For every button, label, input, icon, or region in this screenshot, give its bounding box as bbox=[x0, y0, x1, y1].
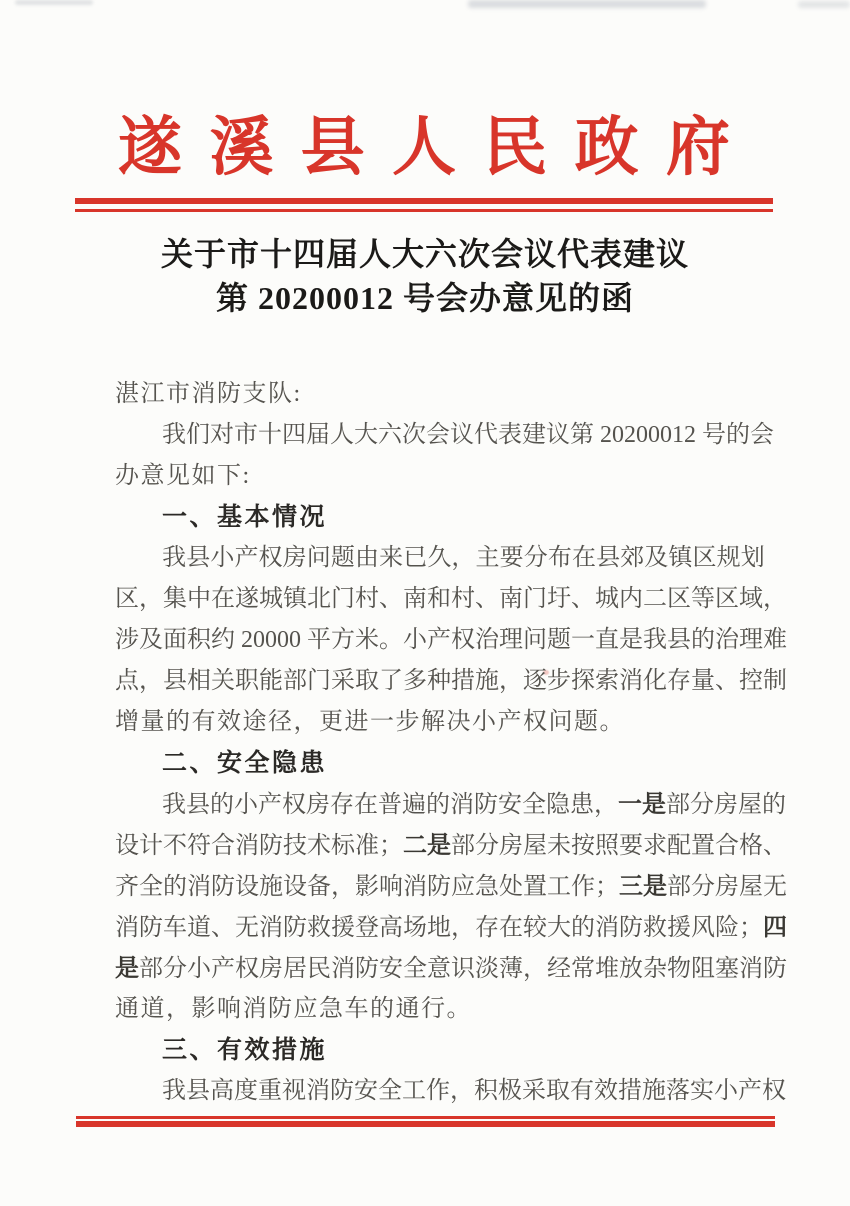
text-char: 权 bbox=[235, 949, 259, 990]
section-heading: 二、安全隐患 bbox=[115, 743, 765, 784]
text-char: 点 bbox=[115, 661, 139, 702]
text-char: 消 bbox=[403, 867, 427, 908]
document-line: 增量的有效途径，更进一步解决小产权问题。 bbox=[115, 702, 765, 743]
text-char: 县 bbox=[186, 538, 210, 579]
text-char: 措 bbox=[618, 1071, 642, 1112]
text-char: 逐 bbox=[523, 661, 547, 702]
text-char: 消 bbox=[235, 826, 259, 867]
footer-rule-thick bbox=[76, 1121, 775, 1127]
text-char: 小 bbox=[234, 785, 258, 826]
text-char: 配 bbox=[667, 826, 691, 867]
text-run: 湛江市消防支队: bbox=[115, 381, 302, 407]
text-char: 分 bbox=[475, 826, 499, 867]
text-char: 房 bbox=[259, 949, 283, 990]
text-char: 县 bbox=[667, 620, 691, 661]
text-char: 消 bbox=[331, 949, 355, 990]
text-char: 积 bbox=[474, 1071, 498, 1112]
text-char: 久 bbox=[427, 538, 451, 579]
text-run: 三、有效措施 bbox=[162, 1036, 327, 1064]
text-char: ， bbox=[139, 661, 163, 702]
text-char: ， bbox=[331, 867, 355, 908]
text-char: 题 bbox=[331, 538, 355, 579]
text-char: 工 bbox=[547, 867, 571, 908]
text-char: 求 bbox=[643, 826, 667, 867]
agency-name-char: 民 bbox=[483, 110, 547, 186]
text-char: 议 bbox=[546, 415, 570, 456]
text-char: 备 bbox=[307, 867, 331, 908]
text-char: 置 bbox=[523, 867, 547, 908]
text-char: 居 bbox=[283, 949, 307, 990]
text-char: 积 bbox=[187, 620, 211, 661]
text-char: 救 bbox=[643, 908, 667, 949]
text-char: 产 bbox=[738, 1071, 762, 1112]
text-char: 民 bbox=[307, 949, 331, 990]
text-char: 规 bbox=[717, 538, 741, 579]
text-char: 议 bbox=[450, 415, 474, 456]
text-char: ； bbox=[379, 826, 403, 867]
text-char: 安 bbox=[498, 785, 522, 826]
text-char: 区 bbox=[693, 538, 717, 579]
text-char: 房 bbox=[714, 785, 738, 826]
text-char: 已 bbox=[403, 538, 427, 579]
text-char: 部 bbox=[666, 785, 690, 826]
text-char: 面 bbox=[163, 620, 187, 661]
text-char: 20200012 bbox=[594, 415, 702, 456]
document-line: 我们对市十四届人大六次会议代表建议第 20200012 号的会 bbox=[115, 415, 765, 456]
text-char: 遍 bbox=[402, 785, 426, 826]
agency-name-char: 遂 bbox=[118, 110, 182, 186]
text-char: 我 bbox=[162, 1071, 186, 1112]
document-line: 办意见如下: bbox=[115, 456, 765, 497]
text-char: 产 bbox=[211, 949, 235, 990]
document-body: 湛江市消防支队:我们对市十四届人大六次会议代表建议第 20200012 号的会办… bbox=[115, 374, 765, 1112]
document-line: 设计不符合消防技术标准；二是部分房屋未按照要求配置合格、 bbox=[115, 825, 765, 866]
text-char: 索 bbox=[595, 661, 619, 702]
text-char: 消 bbox=[450, 785, 474, 826]
text-char: 设 bbox=[283, 867, 307, 908]
text-char: 集 bbox=[163, 579, 187, 620]
text-char: 及 bbox=[139, 620, 163, 661]
text-char: 重 bbox=[258, 1071, 282, 1112]
text-char: 。 bbox=[379, 620, 403, 661]
text-char: 中 bbox=[187, 579, 211, 620]
text-char: 步 bbox=[547, 661, 571, 702]
text-char: 四 bbox=[763, 907, 787, 948]
text-char: 部 bbox=[667, 867, 691, 908]
text-char: 代 bbox=[474, 415, 498, 456]
text-char: 理 bbox=[499, 620, 523, 661]
text-char: 房 bbox=[715, 867, 739, 908]
text-char: 经 bbox=[547, 949, 571, 990]
text-char: 我 bbox=[643, 620, 667, 661]
text-char: 取 bbox=[546, 1071, 570, 1112]
text-char: 防 bbox=[427, 867, 451, 908]
text-char: 高 bbox=[210, 1071, 234, 1112]
text-char: 部 bbox=[451, 826, 475, 867]
text-char: 内 bbox=[619, 579, 643, 620]
scan-artifact bbox=[468, 0, 706, 8]
text-run: 增量的有效途径，更进一步解决小产权问题。 bbox=[115, 709, 625, 735]
text-char: 我 bbox=[162, 785, 186, 826]
text-char: 是 bbox=[115, 948, 139, 989]
text-char: 探 bbox=[571, 661, 595, 702]
text-char: 要 bbox=[500, 538, 524, 579]
text-char: 米 bbox=[355, 620, 379, 661]
text-char: 权 bbox=[762, 1071, 786, 1112]
text-char: 我 bbox=[162, 415, 186, 456]
text-char: 会 bbox=[750, 415, 774, 456]
text-char: 极 bbox=[498, 1071, 522, 1112]
text-char: ， bbox=[451, 908, 475, 949]
text-char: 由 bbox=[355, 538, 379, 579]
text-char: 采 bbox=[522, 1071, 546, 1112]
text-char: 安 bbox=[379, 949, 403, 990]
text-char: 城 bbox=[259, 579, 283, 620]
text-char: 能 bbox=[259, 661, 283, 702]
text-char: 门 bbox=[331, 579, 355, 620]
text-char: 分 bbox=[691, 867, 715, 908]
text-char: 屋 bbox=[523, 826, 547, 867]
text-char: 防 bbox=[139, 908, 163, 949]
text-char: 问 bbox=[307, 538, 331, 579]
text-char: 治 bbox=[475, 620, 499, 661]
text-char: 县 bbox=[596, 538, 620, 579]
text-char: 市 bbox=[234, 415, 258, 456]
text-char: 的 bbox=[726, 415, 750, 456]
text-char: 涉 bbox=[115, 620, 139, 661]
text-char: 存 bbox=[330, 785, 354, 826]
text-char: 郊 bbox=[620, 538, 644, 579]
text-char: 相 bbox=[187, 661, 211, 702]
text-char: 二 bbox=[403, 825, 427, 866]
text-char: 、 bbox=[715, 661, 739, 702]
agency-name: 遂溪县人民政府 bbox=[118, 110, 730, 186]
text-char: 在 bbox=[211, 579, 235, 620]
text-char: 镇 bbox=[283, 579, 307, 620]
text-char: 险 bbox=[715, 908, 739, 949]
text-char: 小 bbox=[210, 538, 234, 579]
text-char: 产 bbox=[234, 538, 258, 579]
text-char: 有 bbox=[570, 1071, 594, 1112]
agency-name-char: 溪 bbox=[209, 110, 273, 186]
text-char: 一 bbox=[618, 784, 642, 825]
text-char: 的 bbox=[426, 785, 450, 826]
text-char: 四 bbox=[282, 415, 306, 456]
document-line: 是部分小产权房居民消防安全意识淡薄，经常堆放杂物阻塞消防 bbox=[115, 948, 765, 989]
text-char: 们 bbox=[186, 415, 210, 456]
text-char: 会 bbox=[426, 415, 450, 456]
text-char: 来 bbox=[379, 538, 403, 579]
text-char: 区 bbox=[115, 579, 139, 620]
text-char: 是 bbox=[619, 620, 643, 661]
text-char: 人 bbox=[330, 415, 354, 456]
text-char: 及 bbox=[644, 538, 668, 579]
text-char: 堆 bbox=[595, 949, 619, 990]
text-char: 存 bbox=[475, 908, 499, 949]
text-char: 南 bbox=[499, 579, 523, 620]
agency-name-char: 人 bbox=[392, 110, 456, 186]
document-title-line1: 关于市十四届人大六次会议代表建议 bbox=[0, 232, 850, 276]
text-char: 的 bbox=[210, 785, 234, 826]
text-char: 全 bbox=[378, 1071, 402, 1112]
text-char: 第 bbox=[570, 415, 594, 456]
text-char: 平 bbox=[307, 620, 331, 661]
text-char: 十 bbox=[258, 415, 282, 456]
text-char: 工 bbox=[402, 1071, 426, 1112]
text-char: 实 bbox=[690, 1071, 714, 1112]
section-heading: 三、有效措施 bbox=[115, 1030, 765, 1071]
document-line: 点，县相关职能部门采取了多种措施，逐步探索消化存量、控制 bbox=[115, 661, 765, 702]
text-char: 的 bbox=[762, 785, 786, 826]
text-char: 二 bbox=[643, 579, 667, 620]
text-char: 方 bbox=[331, 620, 355, 661]
text-char: 阻 bbox=[691, 949, 715, 990]
text-char: 和 bbox=[427, 579, 451, 620]
text-char: 划 bbox=[741, 538, 765, 579]
text-char: 圩 bbox=[547, 579, 571, 620]
document-line: 涉及面积约 20000 平方米。小产权治理问题一直是我县的治理难 bbox=[115, 620, 765, 661]
text-char: 对 bbox=[210, 415, 234, 456]
text-char: 存 bbox=[667, 661, 691, 702]
text-char: 计 bbox=[139, 826, 163, 867]
text-char: 作 bbox=[571, 867, 595, 908]
text-char: 消 bbox=[115, 908, 139, 949]
scan-artifact bbox=[15, 0, 93, 5]
text-char: ， bbox=[450, 1071, 474, 1112]
text-char: 在 bbox=[499, 908, 523, 949]
text-char: 村 bbox=[355, 579, 379, 620]
text-char: 房 bbox=[499, 826, 523, 867]
text-char: 施 bbox=[642, 1071, 666, 1112]
text-char: 援 bbox=[331, 908, 355, 949]
text-char: 职 bbox=[235, 661, 259, 702]
text-char: 化 bbox=[643, 661, 667, 702]
text-char: 采 bbox=[331, 661, 355, 702]
text-char: 直 bbox=[595, 620, 619, 661]
text-char: 格 bbox=[739, 826, 763, 867]
document-line: 我县高度重视消防安全工作，积极采取有效措施落实小产权 bbox=[115, 1071, 765, 1112]
text-char: 不 bbox=[163, 826, 187, 867]
text-char: 无 bbox=[235, 908, 259, 949]
agency-name-char: 府 bbox=[666, 110, 730, 186]
document-line: 我县小产权房问题由来已久，主要分布在县郊及镇区规划 bbox=[115, 538, 765, 579]
text-char: 无 bbox=[763, 867, 787, 908]
text-char: 影 bbox=[355, 867, 379, 908]
text-char: 县 bbox=[186, 785, 210, 826]
text-char: 合 bbox=[715, 826, 739, 867]
document-line: 消防车道、无消防救援登高场地，存在较大的消防救援风险；四 bbox=[115, 907, 765, 948]
text-char: 种 bbox=[427, 661, 451, 702]
text-char: 、 bbox=[571, 579, 595, 620]
text-char: 县 bbox=[163, 661, 187, 702]
text-char: 响 bbox=[379, 867, 403, 908]
text-char: 区 bbox=[667, 579, 691, 620]
text-char: 、 bbox=[475, 579, 499, 620]
document-title-line2: 第 20200012 号会办意见的函 bbox=[0, 276, 850, 320]
text-char: 安 bbox=[354, 1071, 378, 1112]
text-char: 全 bbox=[522, 785, 546, 826]
text-char: 难 bbox=[763, 620, 787, 661]
text-char: 20000 bbox=[235, 620, 307, 661]
text-char: 放 bbox=[619, 949, 643, 990]
header-rule-thin bbox=[75, 209, 773, 212]
agency-name-char: 政 bbox=[575, 110, 639, 186]
text-char: 高 bbox=[379, 908, 403, 949]
text-char: 未 bbox=[547, 826, 571, 867]
text-char: 县 bbox=[186, 1071, 210, 1112]
text-char: 届 bbox=[306, 415, 330, 456]
text-char: 应 bbox=[451, 867, 475, 908]
text-char: 符 bbox=[187, 826, 211, 867]
text-char: 南 bbox=[403, 579, 427, 620]
text-char: 约 bbox=[211, 620, 235, 661]
text-char: 急 bbox=[475, 867, 499, 908]
text-char: 置 bbox=[691, 826, 715, 867]
text-char: 产 bbox=[258, 785, 282, 826]
text-char: 在 bbox=[354, 785, 378, 826]
text-char: 施 bbox=[475, 661, 499, 702]
text-run: 二、安全隐患 bbox=[162, 749, 327, 777]
text-char: 视 bbox=[282, 1071, 306, 1112]
text-char: 风 bbox=[691, 908, 715, 949]
text-char: 控 bbox=[739, 661, 763, 702]
text-char: 作 bbox=[426, 1071, 450, 1112]
text-char: ， bbox=[139, 579, 163, 620]
document-line: 通道，影响消防应急车的通行。 bbox=[115, 989, 765, 1030]
text-char: 大 bbox=[547, 908, 571, 949]
text-char: 合 bbox=[211, 826, 235, 867]
text-char: 登 bbox=[355, 908, 379, 949]
text-char: 防 bbox=[259, 826, 283, 867]
text-char: 大 bbox=[354, 415, 378, 456]
text-char: 道 bbox=[187, 908, 211, 949]
text-char: 关 bbox=[211, 661, 235, 702]
text-char: 淡 bbox=[475, 949, 499, 990]
text-char: 了 bbox=[379, 661, 403, 702]
text-char: 、 bbox=[763, 826, 787, 867]
text-char: 较 bbox=[523, 908, 547, 949]
text-char: 全 bbox=[403, 949, 427, 990]
text-char: 的 bbox=[571, 908, 595, 949]
text-char: 消 bbox=[306, 1071, 330, 1112]
text-char: 我 bbox=[162, 538, 186, 579]
text-char: 遂 bbox=[235, 579, 259, 620]
document-line: 湛江市消防支队: bbox=[115, 374, 765, 415]
text-char: ， bbox=[499, 661, 523, 702]
text-char: 门 bbox=[523, 579, 547, 620]
text-char: 分 bbox=[690, 785, 714, 826]
text-char: 制 bbox=[763, 661, 787, 702]
text-char: 全 bbox=[139, 867, 163, 908]
text-char: 识 bbox=[451, 949, 475, 990]
text-char: 施 bbox=[259, 867, 283, 908]
text-char: 杂 bbox=[643, 949, 667, 990]
text-char: 治 bbox=[715, 620, 739, 661]
text-char: 防 bbox=[763, 949, 787, 990]
text-char: 处 bbox=[499, 867, 523, 908]
text-char: 隐 bbox=[546, 785, 570, 826]
text-char: 防 bbox=[619, 908, 643, 949]
text-char: 消 bbox=[595, 908, 619, 949]
text-char: ， bbox=[594, 785, 618, 826]
text-char: 意 bbox=[427, 949, 451, 990]
text-char: 普 bbox=[378, 785, 402, 826]
text-char: 小 bbox=[714, 1071, 738, 1112]
text-char: 车 bbox=[163, 908, 187, 949]
text-char: 等 bbox=[691, 579, 715, 620]
text-char: 物 bbox=[667, 949, 691, 990]
text-char: 在 bbox=[572, 538, 596, 579]
text-char: 薄 bbox=[499, 949, 523, 990]
footer-rule-thin bbox=[76, 1116, 775, 1119]
text-run: 办意见如下: bbox=[115, 463, 251, 489]
text-char: 技 bbox=[283, 826, 307, 867]
text-char: 布 bbox=[548, 538, 572, 579]
text-char: 建 bbox=[522, 415, 546, 456]
text-char: 屋 bbox=[739, 867, 763, 908]
text-char: 屋 bbox=[738, 785, 762, 826]
text-char: 是 bbox=[427, 825, 451, 866]
text-char: 取 bbox=[355, 661, 379, 702]
text-char: 分 bbox=[524, 538, 548, 579]
text-char: 的 bbox=[691, 620, 715, 661]
text-char: 北 bbox=[307, 579, 331, 620]
text-char: 城 bbox=[595, 579, 619, 620]
text-char: 措 bbox=[451, 661, 475, 702]
text-char: 区 bbox=[715, 579, 739, 620]
text-char: 是 bbox=[643, 866, 667, 907]
text-char: 防 bbox=[211, 867, 235, 908]
text-char: 场 bbox=[403, 908, 427, 949]
agency-name-char: 县 bbox=[301, 110, 365, 186]
text-char: 标 bbox=[331, 826, 355, 867]
text-char: 、 bbox=[211, 908, 235, 949]
text-char: 消 bbox=[259, 908, 283, 949]
text-char: 患 bbox=[570, 785, 594, 826]
text-char: 多 bbox=[403, 661, 427, 702]
text-char: 门 bbox=[307, 661, 331, 702]
document-line: 区，集中在遂城镇北门村、南和村、南门圩、城内二区等区域， bbox=[115, 579, 765, 620]
text-char: ， bbox=[763, 579, 787, 620]
text-char: 一 bbox=[571, 620, 595, 661]
text-char: 域 bbox=[739, 579, 763, 620]
text-char: 分 bbox=[163, 949, 187, 990]
text-char: 房 bbox=[306, 785, 330, 826]
text-char: 防 bbox=[474, 785, 498, 826]
text-char: 防 bbox=[355, 949, 379, 990]
text-char: 救 bbox=[307, 908, 331, 949]
text-char: 问 bbox=[523, 620, 547, 661]
text-run: 一、基本情况 bbox=[162, 503, 327, 531]
text-char: 照 bbox=[595, 826, 619, 867]
text-char: ， bbox=[523, 949, 547, 990]
text-char: 设 bbox=[115, 826, 139, 867]
header-rule-thick bbox=[75, 198, 773, 204]
text-char: 消 bbox=[619, 661, 643, 702]
text-char: 三 bbox=[619, 866, 643, 907]
text-char: 镇 bbox=[668, 538, 692, 579]
text-char: 量 bbox=[691, 661, 715, 702]
text-char: 题 bbox=[547, 620, 571, 661]
document-line: 我县的小产权房存在普遍的消防安全隐患，一是部分房屋的 bbox=[115, 784, 765, 825]
text-char: 齐 bbox=[115, 867, 139, 908]
text-char: 设 bbox=[235, 867, 259, 908]
text-char: ； bbox=[595, 867, 619, 908]
text-char: 部 bbox=[283, 661, 307, 702]
text-char: 小 bbox=[403, 620, 427, 661]
text-char: 地 bbox=[427, 908, 451, 949]
text-char: 防 bbox=[330, 1071, 354, 1112]
